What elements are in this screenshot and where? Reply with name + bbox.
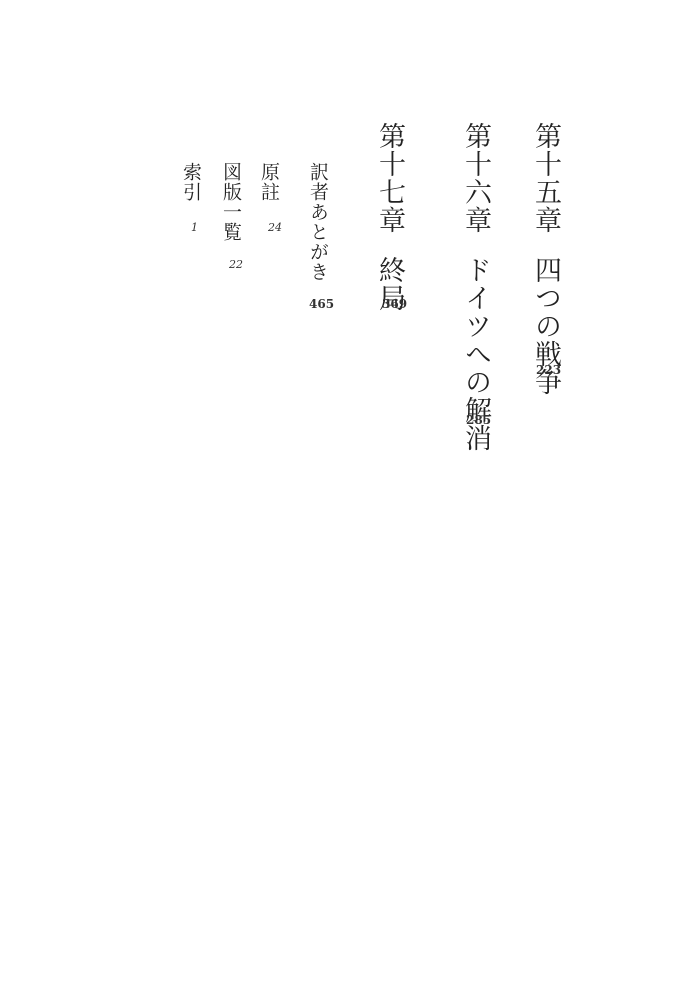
toc-afterword: 訳者あとがき [308, 162, 327, 282]
toc-chapter-16: 第十六章ドイツへの解消 [462, 122, 489, 452]
toc-notes: 原註 [259, 162, 278, 202]
page-number: 223 [536, 363, 561, 377]
toc-chapter-17: 第十七章終局 [376, 122, 403, 312]
toc-index: 索引 [181, 162, 200, 202]
page-number: 465 [309, 297, 334, 311]
chapter-number: 第十六章 [460, 122, 491, 234]
page-number: 369 [382, 297, 407, 311]
page-number: 24 [268, 221, 282, 234]
toc-list-of-figures: 図版一覧 [221, 162, 240, 242]
page-number: 285 [466, 413, 491, 427]
page-number: 1 [191, 221, 198, 234]
chapter-number: 第十七章 [374, 122, 405, 234]
chapter-number: 第十五章 [530, 122, 561, 234]
page-number: 22 [229, 258, 243, 271]
toc-chapter-15: 第十五章四つの戦争 [532, 122, 559, 396]
